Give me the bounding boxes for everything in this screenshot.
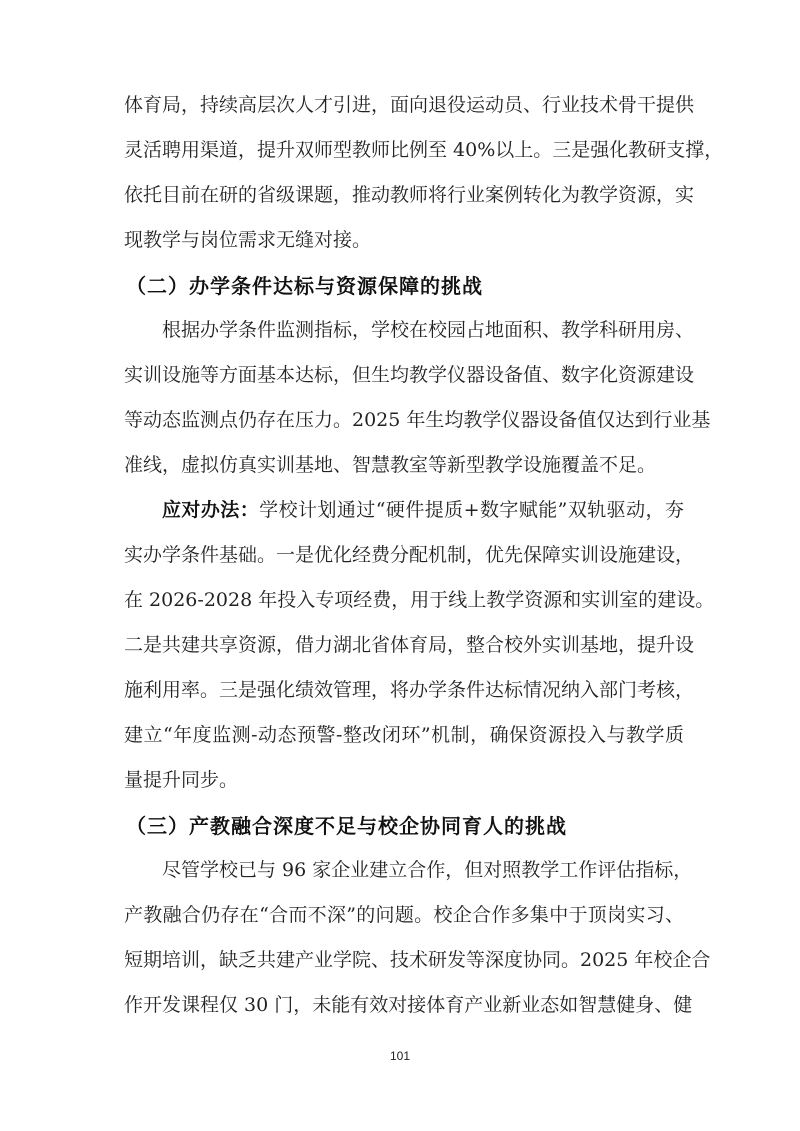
body-text-line: 短期培训，缺乏共建产业学院、技术研发等深度协同。2025 年校企合 — [124, 947, 684, 973]
body-text-line: 二是共建共享资源，借力湖北省体育局，整合校外实训基地，提升设 — [124, 632, 684, 658]
body-text-line: 体育局，持续高层次人才引进，面向退役运动员、行业技术骨干提供 — [124, 92, 684, 118]
body-text-span: 学校计划通过“硬件提质+数字赋能”双轨驱动，夯 — [259, 499, 684, 521]
body-text-line: 灵活聘用渠道，提升双师型教师比例至 40%以上。三是强化教研支撑， — [124, 137, 684, 163]
section-heading: （二）办学条件达标与资源保障的挑战 — [126, 272, 483, 300]
document-page: 体育局，持续高层次人才引进，面向退役运动员、行业技术骨干提供 灵活聘用渠道，提升… — [0, 0, 800, 1131]
body-text-line: 依托目前在研的省级课题，推动教师将行业案例转化为教学资源，实 — [124, 182, 684, 208]
body-text-line: 准线，虚拟仿真实训基地、智慧教室等新型教学设施覆盖不足。 — [124, 452, 684, 478]
bold-lead-label: 应对办法： — [162, 499, 259, 521]
body-text-line: 在 2026-2028 年投入专项经费，用于线上教学资源和实训室的建设。 — [124, 587, 684, 613]
body-text-line: 施利用率。三是强化绩效管理，将办学条件达标情况纳入部门考核， — [124, 677, 684, 703]
body-text-line: 量提升同步。 — [124, 767, 684, 793]
page-number: 101 — [0, 1049, 800, 1063]
body-text-line: 作开发课程仅 30 门，未能有效对接体育产业新业态如智慧健身、健 — [124, 992, 684, 1018]
body-text-line: 根据办学条件监测指标，学校在校园占地面积、教学科研用房、 — [162, 317, 684, 343]
body-text-line: 尽管学校已与 96 家企业建立合作，但对照教学工作评估指标， — [162, 857, 684, 883]
body-text-line: 实办学条件基础。一是优化经费分配机制，优先保障实训设施建设， — [124, 542, 684, 568]
body-text-line: 建立“年度监测-动态预警-整改闭环”机制，确保资源投入与教学质 — [124, 722, 684, 748]
body-text-line: 等动态监测点仍存在压力。2025 年生均教学仪器设备值仅达到行业基 — [124, 407, 684, 433]
body-text-line: 应对办法：学校计划通过“硬件提质+数字赋能”双轨驱动，夯 — [162, 497, 684, 523]
section-heading: （三）产教融合深度不足与校企协同育人的挑战 — [126, 812, 567, 840]
body-text-line: 产教融合仍存在“合而不深”的问题。校企合作多集中于顶岗实习、 — [124, 902, 684, 928]
body-text-line: 现教学与岗位需求无缝对接。 — [124, 227, 684, 253]
body-text-line: 实训设施等方面基本达标，但生均教学仪器设备值、数字化资源建设 — [124, 362, 684, 388]
